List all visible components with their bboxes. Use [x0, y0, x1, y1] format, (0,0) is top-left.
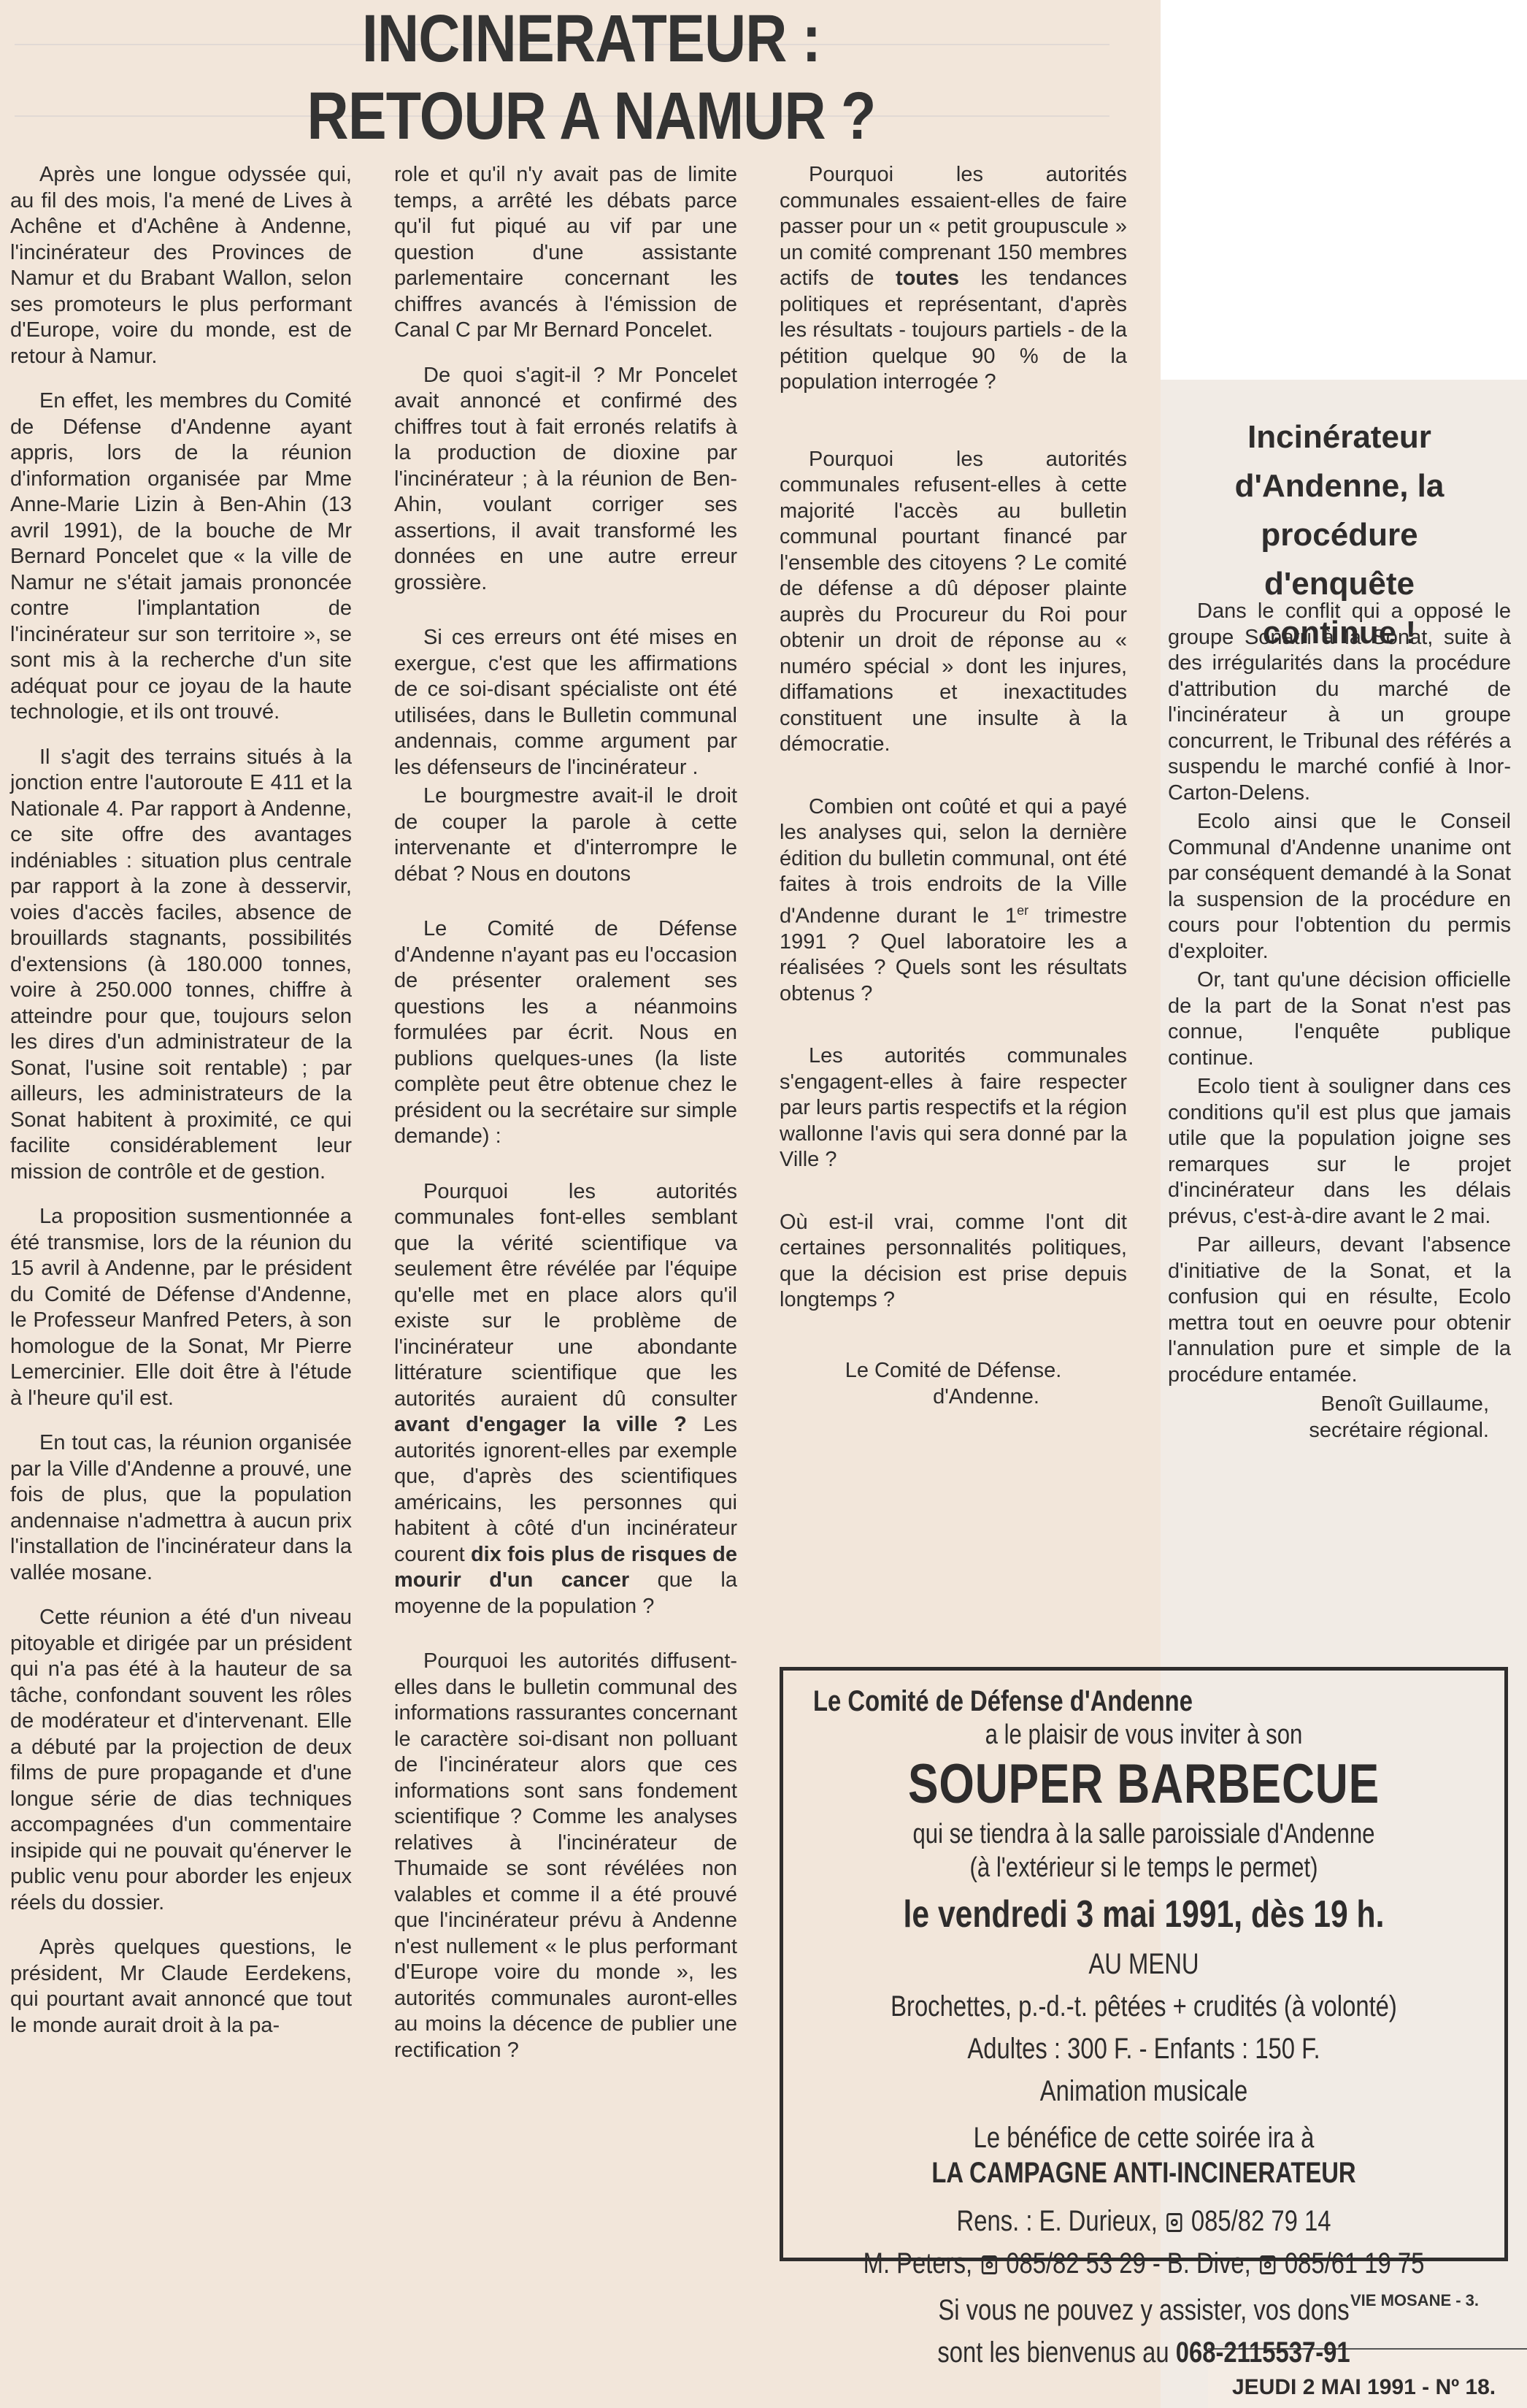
paragraph: En tout cas, la réunion organisée par la… — [10, 1430, 352, 1586]
paragraph: Pourquoi les autorités communales font-e… — [394, 1179, 737, 1620]
author-role: secrétaire régional. — [1168, 1417, 1511, 1443]
side-article-body: Dans le conflit qui a opposé le groupe S… — [1168, 599, 1511, 1443]
article-column-3: Pourquoi les autorités communales essaie… — [780, 162, 1127, 1410]
issue-date-footer: JEUDI 2 MAI 1991 - Nº 18. — [1232, 2375, 1496, 2400]
ad-entertainment: Animation musicale — [848, 2074, 1439, 2108]
ad-menu-items: Brochettes, p.-d.-t. pêtées + crudités (… — [848, 1990, 1439, 2023]
signature-line-1: Le Comité de Défense. — [780, 1357, 1127, 1384]
donation-text: sont les bienvenus au — [937, 2336, 1175, 2369]
paragraph: Le bourgmestre avait-il le droit de coup… — [394, 783, 737, 887]
paragraph: Après une longue odyssée qui, au fil des… — [10, 162, 352, 369]
ad-title: SOUPER BARBECUE — [848, 1752, 1439, 1817]
ad-date: le vendredi 3 mai 1991, dès 19 h. — [848, 1890, 1439, 1939]
adjacent-page-fragment — [1161, 0, 1527, 380]
ad-invite: a le plaisir de vous inviter à son — [848, 1718, 1439, 1752]
bank-account: 068-2115537-91 — [1176, 2336, 1350, 2369]
headline-line-2: RETOUR A NAMUR ? — [258, 77, 924, 155]
paragraph: Pourquoi les autorités communales refuse… — [780, 447, 1127, 758]
contact-phone: 085/82 53 29 - — [1006, 2247, 1161, 2279]
contact-name: B. Dive, — [1167, 2247, 1251, 2279]
paragraph: Ecolo tient à souligner dans ces conditi… — [1168, 1074, 1511, 1230]
paragraph: Par ailleurs, devant l'absence d'initiat… — [1168, 1232, 1511, 1388]
paragraph: Le Comité de Défense d'Andenne n'ayant p… — [394, 916, 737, 1150]
emphasis: avant d'engager la ville ? — [394, 1413, 687, 1436]
paragraph: role et qu'il n'y avait pas de limite te… — [394, 162, 737, 344]
author-name: Benoît Guillaume, — [1168, 1391, 1511, 1417]
ad-organizer: Le Comité de Défense d'Andenne — [783, 1685, 1374, 1718]
signature-line-2: d'Andenne. — [780, 1384, 1127, 1410]
ad-donation-line-2: sont les bienvenus au 068-2115537-91 — [848, 2336, 1439, 2369]
emphasis: toutes — [896, 267, 959, 290]
telephone-icon — [1260, 2255, 1275, 2274]
paragraph: Pourquoi les autorités diffusent-elles d… — [394, 1649, 737, 2063]
paragraph: Cette réunion a été d'un niveau pitoyabl… — [10, 1605, 352, 1916]
ad-contact-line-1: Rens. : E. Durieux, 085/82 79 14 — [848, 2204, 1439, 2238]
paragraph: De quoi s'agit-il ? Mr Poncelet avait an… — [394, 363, 737, 597]
contact-name: M. Peters, — [863, 2247, 972, 2279]
text-run: Pourquoi les autorités communales font-e… — [394, 1180, 737, 1411]
paragraph: Ecolo ainsi que le Conseil Communal d'An… — [1168, 809, 1511, 965]
page-headline: INCINERATEUR : RETOUR A NAMUR ? — [258, 0, 924, 155]
paragraph: Les autorités communales s'engagent-elle… — [780, 1043, 1127, 1173]
ad-benefit-intro: Le bénéfice de cette soirée ira à — [848, 2121, 1439, 2155]
telephone-icon — [1166, 2213, 1182, 2232]
ad-venue-note: (à l'extérieur si le temps le permet) — [848, 1851, 1439, 1884]
barbecue-ad-box: Le Comité de Défense d'Andenne a le plai… — [780, 1667, 1508, 2261]
telephone-icon — [981, 2255, 996, 2274]
ad-prices: Adultes : 300 F. - Enfants : 150 F. — [848, 2032, 1439, 2066]
contact-phone: 085/61 19 75 — [1285, 2247, 1425, 2279]
contact-phone: 085/82 79 14 — [1191, 2205, 1331, 2237]
paragraph: La proposition susmentionnée a été trans… — [10, 1204, 352, 1411]
paragraph: Après quelques questions, le président, … — [10, 1935, 352, 2039]
paragraph: Or, tant qu'une décision officielle de l… — [1168, 967, 1511, 1071]
contact-prefix: Rens. : — [957, 2205, 1033, 2237]
paragraph: Pourquoi les autorités communales essaie… — [780, 162, 1127, 396]
contact-name: E. Durieux, — [1039, 2205, 1158, 2237]
paragraph: En effet, les membres du Comité de Défen… — [10, 388, 352, 726]
ad-menu-heading: AU MENU — [848, 1947, 1439, 1981]
signature: Le Comité de Défense. d'Andenne. — [780, 1357, 1127, 1410]
paragraph: Dans le conflit qui a opposé le groupe S… — [1168, 599, 1511, 806]
article-column-2: role et qu'il n'y avait pas de limite te… — [394, 162, 737, 2082]
section-footer: VIE MOSANE - 3. — [1350, 2291, 1479, 2310]
article-column-1: Après une longue odyssée qui, au fil des… — [10, 162, 352, 2058]
headline-line-1: INCINERATEUR : — [258, 0, 924, 77]
superscript: er — [1017, 903, 1028, 918]
paragraph: Où est-il vrai, comme l'ont dit certaine… — [780, 1210, 1127, 1314]
ad-benefit-target: LA CAMPAGNE ANTI-INCINERATEUR — [848, 2155, 1439, 2191]
ad-venue: qui se tiendra à la salle paroissiale d'… — [848, 1817, 1439, 1851]
paragraph: Il s'agit des terrains situés à la jonct… — [10, 745, 352, 1186]
paragraph: Combien ont coûté et qui a payé les anal… — [780, 794, 1127, 1008]
paragraph: Si ces erreurs ont été mises en exergue,… — [394, 625, 737, 781]
ad-contact-line-2: M. Peters, 085/82 53 29 - B. Dive, 085/6… — [848, 2247, 1439, 2280]
